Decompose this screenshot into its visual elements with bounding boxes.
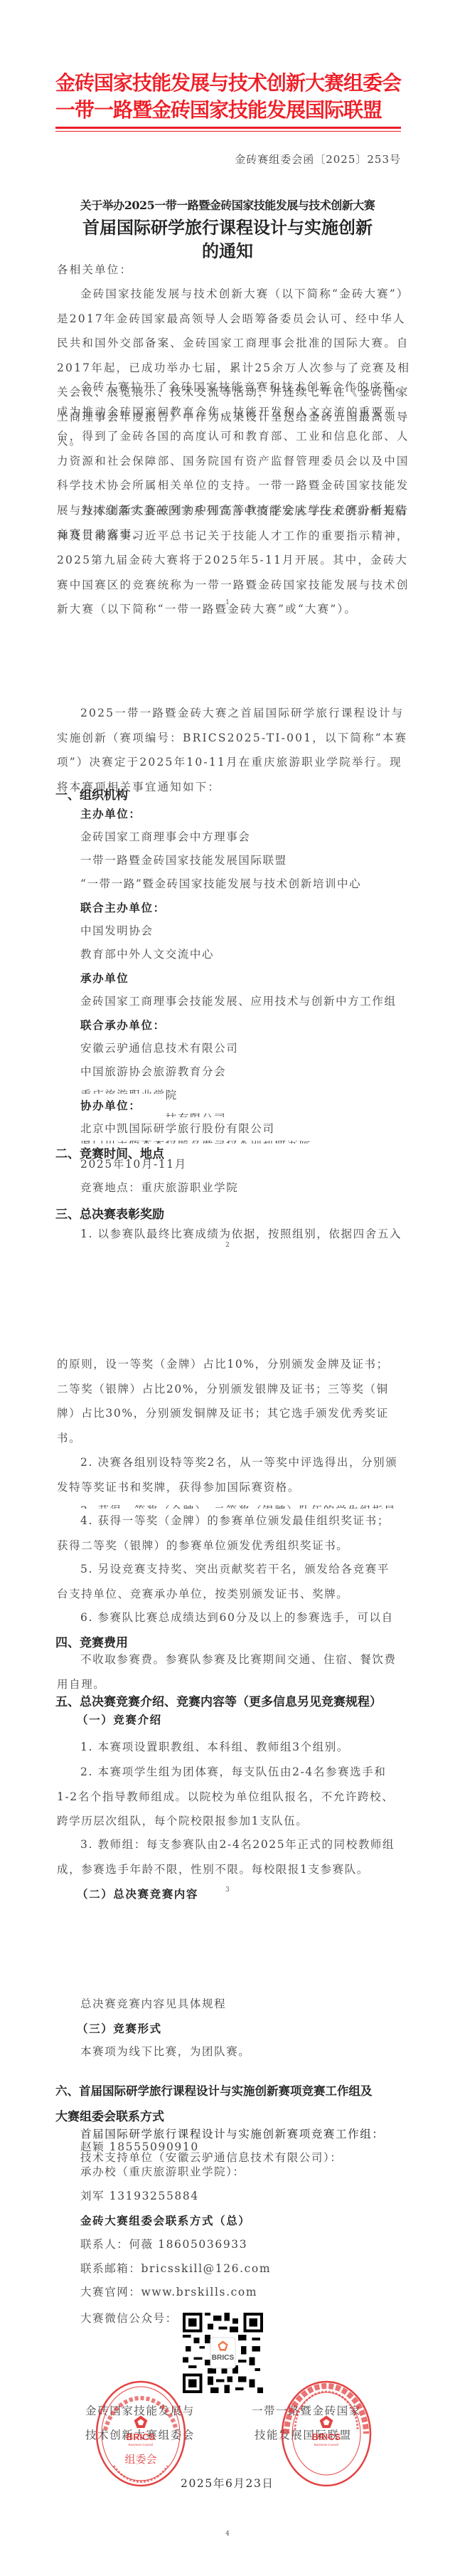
- section-heading: 六、首届国际研学旅行课程设计与实施创新赛项竞赛工作组及: [55, 2081, 373, 2099]
- award-item: 4. 获得一等奖（金牌）的参赛单位颁发最佳组织奖证书；获得二等奖（银牌）的参赛单…: [57, 1509, 398, 1558]
- competition-place: 竞赛地点：重庆旅游职业学院: [80, 1176, 407, 1200]
- letterhead-divider-thin: [55, 131, 401, 132]
- contact-email[interactable]: 联系邮箱：bricsskill@126.com: [80, 2257, 407, 2281]
- svg-text:Business Council: Business Council: [314, 2443, 339, 2446]
- org-group-label: 联合承办单位：: [80, 1013, 407, 1037]
- host-contact: 刘军 13193255884: [80, 2185, 407, 2208]
- letterhead-divider: [55, 127, 401, 129]
- org-item: 金砖国家工商理事会技能发展、应用技术与创新中方工作组: [80, 990, 407, 1013]
- section-heading: 大赛组委会联系方式: [55, 2106, 164, 2124]
- committee-contact-label: 金砖大赛组委会联系方式（总）: [80, 2209, 407, 2232]
- section-heading: 一、组织机构: [55, 785, 128, 803]
- letterhead-line2: 一带一路暨金砖国家技能发展国际联盟: [55, 98, 401, 122]
- org-group-label: 联合主办单位：: [80, 896, 407, 919]
- svg-text:BRICS: BRICS: [212, 2354, 235, 2362]
- page-number: 4: [0, 2530, 455, 2538]
- org-group-label: 主办单位：: [80, 802, 407, 825]
- page-number: 3: [0, 1886, 455, 1894]
- subsection-heading: （一）竞赛介绍: [77, 1708, 404, 1731]
- document-number: 金砖赛组委会函〔2025〕253号: [235, 152, 401, 167]
- organizing-committee-seal-icon: BRICS Business Council 组委会: [95, 2380, 186, 2487]
- contact-person: 联系人：何薇 18605036933: [80, 2233, 407, 2256]
- org-item: 教育部中外人文交流中心: [80, 943, 407, 966]
- intro-item: 1. 本赛项设置职教组、本科组、教师组3个组别。: [80, 1736, 407, 1759]
- award-item-continued: 的原则，设一等奖（金牌）占比10%，分别颁发金牌及证书；二等奖（银牌）占比20%…: [57, 1352, 398, 1450]
- wechat-qr-code: BRICS: [183, 2313, 263, 2393]
- org-item: 一带一路暨金砖国家技能发展国际联盟: [80, 849, 407, 872]
- org-item: 中国旅游协会旅游教育分会: [80, 1060, 407, 1084]
- intro-item: 3. 教师组：每支参赛队由2-4名2025年正式的同校教师组成，参赛选手年龄不限…: [57, 1832, 398, 1881]
- org-item: 安徽云驴通信息技术有限公司: [80, 1037, 407, 1060]
- tech-contact: 赵颖 18555090910: [80, 2136, 407, 2159]
- content-text: 总决赛竞赛内容见具体规程: [80, 1992, 407, 2016]
- host-school: 承办校（重庆旅游职业学院）：: [80, 2160, 407, 2184]
- notice-title-line2: 首届国际研学旅行课程设计与实施创新: [0, 213, 455, 238]
- alliance-seal-icon: BRICS Business Council: [281, 2380, 372, 2487]
- org-group-label: 协办单位：: [80, 1094, 166, 1117]
- svg-text:组委会: 组委会: [124, 2453, 156, 2466]
- format-text: 本赛项为线下比赛，为团队赛。: [80, 2040, 407, 2064]
- competition-time: 2025年10月-11月: [80, 1153, 407, 1176]
- svg-text:BRICS: BRICS: [127, 2432, 156, 2442]
- notice-title-line1: 关于举办2025一带一路暨金砖国家技能发展与技术创新大赛: [0, 196, 455, 213]
- svg-text:BRICS: BRICS: [312, 2432, 341, 2442]
- official-website[interactable]: 大赛官网：www.brskills.com: [80, 2281, 407, 2304]
- org-item: 金砖国家工商理事会中方理事会: [80, 825, 407, 849]
- award-item: 5. 另设竞赛支持奖、突出贡献奖若干名，颁发给各竞赛平台支持单位、竞赛承办单位，…: [57, 1557, 398, 1606]
- org-item: “一带一路”暨金砖国家技能发展与技术创新培训中心: [80, 872, 407, 896]
- subsection-heading: （二）总决赛竞赛内容: [77, 1882, 404, 1906]
- page-number: 1: [0, 599, 455, 606]
- org-group-label: 承办单位: [80, 966, 407, 990]
- letterhead-line1: 金砖国家技能发展与技术创新大赛组委会: [55, 71, 401, 95]
- org-item: 北京中凯国际研学旅行股份有限公司: [80, 1117, 407, 1141]
- svg-text:Business Council: Business Council: [129, 2443, 154, 2446]
- page-number: 2: [0, 1242, 455, 1249]
- fee-text: 不收取参赛费。参赛队参赛及比赛期间交通、住宿、餐饮费用自理。: [57, 1647, 398, 1696]
- section-heading: 五、总决赛竞赛介绍、竞赛内容等（更多信息另见竞赛规程）: [55, 1691, 382, 1709]
- section-heading: 三、总决赛表彰奖励: [55, 1204, 164, 1222]
- salutation: 各相关单位：: [57, 258, 412, 283]
- intro-item: 2. 本赛项学生组为团体赛，每支队伍由2-4名参赛选手和1-2名个指导教师组成。…: [57, 1760, 398, 1834]
- award-item: 2. 决赛各组别设特等奖2名，从一等奖中评选得出，分别颁发特等奖证书和奖牌，获得…: [57, 1450, 398, 1499]
- subsection-heading: （三）竞赛形式: [77, 2017, 404, 2040]
- org-item: 中国发明协会: [80, 919, 407, 943]
